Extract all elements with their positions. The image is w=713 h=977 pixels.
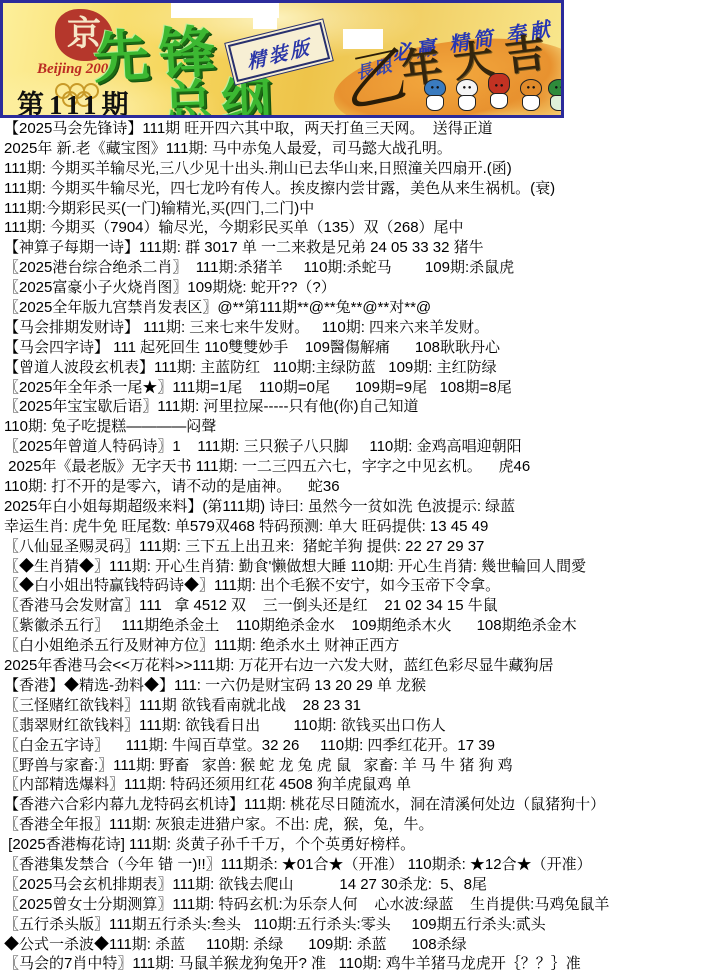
mascot-panda-fuwa-icon: ● ●	[455, 79, 479, 113]
text-line: 2025年香港马会<<万花料>>111期: 万花开右边一六发大财，蓝红色彩尽显牛…	[0, 656, 713, 676]
text-line: 〖2025港台综合绝杀二肖〗 111期:杀猪羊 110期:杀蛇马 109期:杀鼠…	[0, 258, 713, 278]
text-line: 〖五行杀头版〗111期五行杀头:叁头 110期:五行杀头:零头 109期五行杀头…	[0, 915, 713, 935]
issue-number: 第111期	[17, 83, 134, 118]
text-line: 〖白金五字诗〗 111期: 牛闯百草堂。32 26 110期: 四季红花开。17…	[0, 736, 713, 756]
mascot-orange-fuwa-icon: ● ●	[519, 79, 543, 113]
text-line: 【马会排期发财诗】 111期: 三来七来牛发财。 110期: 四来六来羊发财。	[0, 318, 713, 338]
text-line: 〖马会的7肖中特〗111期: 马鼠羊猴龙狗兔开? 准 110期: 鸡牛羊猪马龙虎…	[0, 954, 713, 974]
text-line: 【香港】◆精选-劲料◆】111: 一六仍是财宝码 13 20 29 单 龙猴	[0, 676, 713, 696]
text-line: 〖2025年宝宝歇后语〗111期: 河里拉屎-----只有他(你)自己知道	[0, 397, 713, 417]
text-line: 〖◆生肖猜◆〗111期: 开心生肖猜: 勤食'懒做想大睡 110期: 开心生肖猜…	[0, 557, 713, 577]
mascot-green-fuwa-icon: ● ●	[547, 79, 564, 113]
text-line: 〖◆白小姐出特赢钱特码诗◆〗111期: 出个毛猴不安宁，如今玉帝下令拿。	[0, 576, 713, 596]
text-line: 〖2025全年版九宫禁肖发表区〗@**第111期**@**兔**@**对**@	[0, 298, 713, 318]
text-line: 〖2025曾女士分期测算〗111期: 特码玄机:为乐奈人何 心水波:绿蓝 生肖提…	[0, 895, 713, 915]
text-line: 〖香港马会发财富〗111 拿 4512 双 三一倒头还是红 21 02 34 1…	[0, 596, 713, 616]
text-line: 〖2025富豪小子火烧肖图〗109期烧: 蛇开??（?）	[0, 278, 713, 298]
text-line: 【神算子每期一诗】111期: 群 3017 单 一二来救是兄弟 24 05 33…	[0, 238, 713, 258]
page: 京 Beijing 2008 先锋 总纲 第111期 精装版 必赢 精简 奉献 …	[0, 0, 713, 977]
text-line: 〖内部精选爆料〗111期: 特码还须用红花 4508 狗羊虎鼠鸡 单	[0, 775, 713, 795]
text-line: ◆公式一杀波◆111期: 杀蓝 110期: 杀绿 109期: 杀蓝 108杀绿	[0, 935, 713, 955]
text-line: 111期: 今期买牛输尽光，四七龙吟有传人。挨皮擦内尝甘露，美色从来生祸机。(衰…	[0, 179, 713, 199]
text-line: 〖野兽与家畜:〗111期: 野畜 家兽: 猴 蛇 龙 兔 虎 鼠 家畜: 羊 马…	[0, 756, 713, 776]
text-line: 【2025马会先锋诗】111期 旺开四六其中取，两天打鱼三天网。 送得正道	[0, 119, 713, 139]
scan-white-patch	[253, 3, 277, 29]
text-line: 111期:今期彩民买(一门)输精光,买(四门,二门)中	[0, 199, 713, 219]
edition-badge-label: 精装版	[246, 32, 313, 75]
text-line: 【香港六合彩内幕九龙特码玄机诗】111期: 桃花尽日随流水，洞在清溪何处边（鼠猪…	[0, 795, 713, 815]
text-line: 〖八仙显圣赐灵码〗111期: 三下五上出丑来: 猪蛇羊狗 提供: 22 27 2…	[0, 537, 713, 557]
text-line: 〖白小姐绝杀五行及财神方位〗111期: 绝杀水土 财神正西方	[0, 636, 713, 656]
text-line: 2025年 新.老《藏宝图》111期: 马中赤兔人最爱，司马懿大战孔明。	[0, 139, 713, 159]
mascot-blue-fuwa-icon: ● ●	[423, 79, 447, 113]
header-banner: 京 Beijing 2008 先锋 总纲 第111期 精装版 必赢 精简 奉献 …	[0, 0, 564, 118]
scan-white-patch	[343, 29, 383, 49]
mascot-red-fuwa-icon: ● ●	[487, 73, 511, 107]
text-line: 111期: 今期买（7904）输尽光，今期彩民买单（135）双（268）尾中	[0, 218, 713, 238]
text-line: 〖紫徽杀五行〗 111期绝杀金土 110期绝杀金水 109期绝杀木火 108期绝…	[0, 616, 713, 636]
text-line: 【马会四字诗】 111 起死回生 110雙雙妙手 109醫傷解痛 108耿耿丹心	[0, 338, 713, 358]
text-line: [2025香港梅花诗] 111期: 炎黄子孙千千万，个个英勇好榜样。	[0, 835, 713, 855]
text-line: 〖翡翠财红欲钱料〗111期: 欲钱看日出 110期: 欲钱买出口伤人	[0, 716, 713, 736]
tip-sheet-body: 【2025马会先锋诗】111期 旺开四六其中取，两天打鱼三天网。 送得正道 20…	[0, 119, 713, 974]
text-line: 2025年白小姐每期超级来料】(第111期) 诗曰: 虽然今一贫如洗 色波提示:…	[0, 497, 713, 517]
text-line: 110期: 打不开的是零六，请不动的是庙神。 蛇36	[0, 477, 713, 497]
text-line: 2025年《最老版》无字天书 111期: 一二三四五六七，字字之中见玄机。 虎4…	[0, 457, 713, 477]
text-line: 〖2025年曾道人特码诗〗1 111期: 三只猴子八只脚 110期: 金鸡高唱迎…	[0, 437, 713, 457]
text-line: 110期: 兔子吃提糕————闷聲	[0, 417, 713, 437]
text-line: 〖2025马会玄机排期表〗111期: 欲钱去爬山 14 27 30杀龙: 5、8…	[0, 875, 713, 895]
text-line: 【曾道人波段玄机表】111期: 主蓝防红 110期:主绿防蓝 109期: 主红防…	[0, 358, 713, 378]
text-line: 〖香港集发禁合（今年 错 一)!!〗111期杀: ★01合★（开准） 110期杀…	[0, 855, 713, 875]
text-line: 〖香港全年报〗111期: 灰狼走进猎户家。不出: 虎，猴，兔，牛。	[0, 815, 713, 835]
text-line: 〖三怪赌红欲钱料〗111期 欲钱看南就北战 28 23 31	[0, 696, 713, 716]
text-line: 幸运生肖: 虎牛免 旺尾数: 单579双468 特码预测: 单大 旺码提供: 1…	[0, 517, 713, 537]
text-line: 111期: 今期买羊输尽光,三八少见十出头.荆山已去华山来,日照潼关四扇开.(函…	[0, 159, 713, 179]
text-line: 〖2025年全年杀一尾★〗111期=1尾 110期=0尾 109期=9尾 108…	[0, 378, 713, 398]
